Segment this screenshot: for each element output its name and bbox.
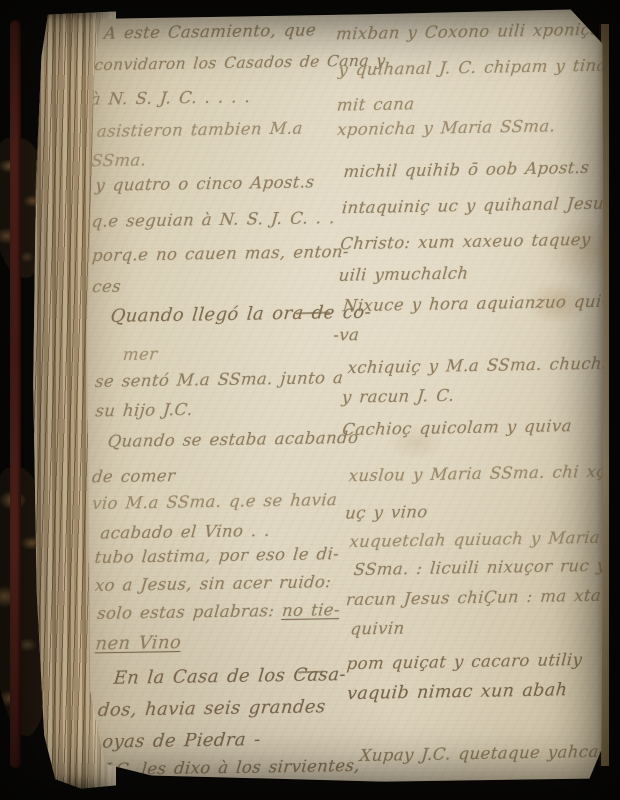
left-text-column: A este Casamiento, queconvidaron los Cas…: [90, 15, 342, 17]
text-line: dos, havia seis grandes: [97, 698, 326, 720]
text-line: michil quihib ō oob Apost.s: [343, 160, 590, 181]
text-line: Quando se estaba acabando: [107, 430, 359, 450]
text-line: Xupay J.C. quetaque yahca-: [359, 744, 605, 765]
text-line: xponicha y Maria SSma.: [336, 118, 556, 138]
text-line: Cachioç quicolam y quiva: [342, 418, 573, 439]
text-line: y racun J. C.: [341, 388, 455, 406]
text-line: xuslou y Maria SSma. chi xçuh: [348, 463, 620, 484]
text-line: quivin: [350, 621, 406, 638]
text-line: -va: [333, 327, 360, 344]
text-line: tubo lastima, por eso le di-: [94, 546, 340, 566]
text-line: vio M.a SSma. q.e se havia: [91, 492, 338, 512]
text-line: xchiquiç y M.a SSma. chuchil: [347, 356, 614, 377]
text-line: SSma.: [91, 152, 148, 169]
text-line: asistieron tambien M.a: [96, 121, 303, 141]
text-line: En la Casa de los Casa-: [113, 666, 347, 688]
text-line: de comer: [91, 468, 176, 486]
text-line: se sentó M.a SSma. junto a: [94, 370, 344, 390]
text-line: acabado el Vino . .: [100, 523, 271, 542]
text-line: SSma. : licuili nixuçor ruc y-: [353, 558, 613, 579]
text-line: uç y vino: [344, 504, 428, 522]
text-line: vaquib nimac xun abah: [346, 682, 568, 703]
text-line: su hijo J.C.: [95, 402, 194, 420]
text-line: à N. S. J. C. . . . .: [90, 89, 251, 108]
text-line: q.e seguian à N. S. J. C. . .: [91, 210, 336, 230]
text-line: Christo: xum xaxeuo taquey: [340, 232, 592, 253]
text-line: y quatro o cinco Apost.s: [95, 174, 315, 194]
text-line: A este Casamiento, que: [103, 22, 317, 42]
text-line: mit cana: [336, 96, 415, 114]
text-line: mixban y Coxono uili xponiçan: [335, 22, 612, 43]
manuscript-photo: A este Casamiento, queconvidaron los Cas…: [0, 0, 620, 800]
text-line: J.C. les dixo à los sirvientes,: [104, 758, 361, 779]
text-line: nen Vino: [95, 634, 182, 653]
text-line: solo estas palabras: no tie-: [96, 602, 340, 622]
text-line: ces: [92, 279, 122, 296]
text-line: intaquiniç uc y quihanal Jesu: [341, 196, 605, 217]
text-line: porq.e no cauen mas, enton-: [91, 244, 349, 265]
text-line: oyas de Piedra -: [101, 731, 261, 751]
text-line: y quihanal J. C. chipam y tina-: [338, 58, 614, 79]
right-text-column: mixban y Coxono uili xponiçany quihanal …: [334, 15, 602, 18]
text-line: racun Jesus chiÇun : ma xta: [345, 588, 602, 609]
text-line: xo a Jesus, sin acer ruido:: [94, 574, 332, 594]
text-line: xuquetclah quiuach y Maria: [349, 530, 601, 551]
text-line: pom quiçat y cacaro utiliy: [346, 652, 583, 673]
manuscript-page: A este Casamiento, queconvidaron los Cas…: [84, 8, 604, 784]
text-line: uili ymuchalch: [338, 266, 469, 285]
text-line: mer: [122, 346, 158, 363]
text-line: Nixuce y hora aquianzuo qui-: [342, 294, 608, 315]
book-spine-strip: [10, 20, 21, 768]
text-line: Quando llegó la ora de co-: [110, 304, 372, 326]
